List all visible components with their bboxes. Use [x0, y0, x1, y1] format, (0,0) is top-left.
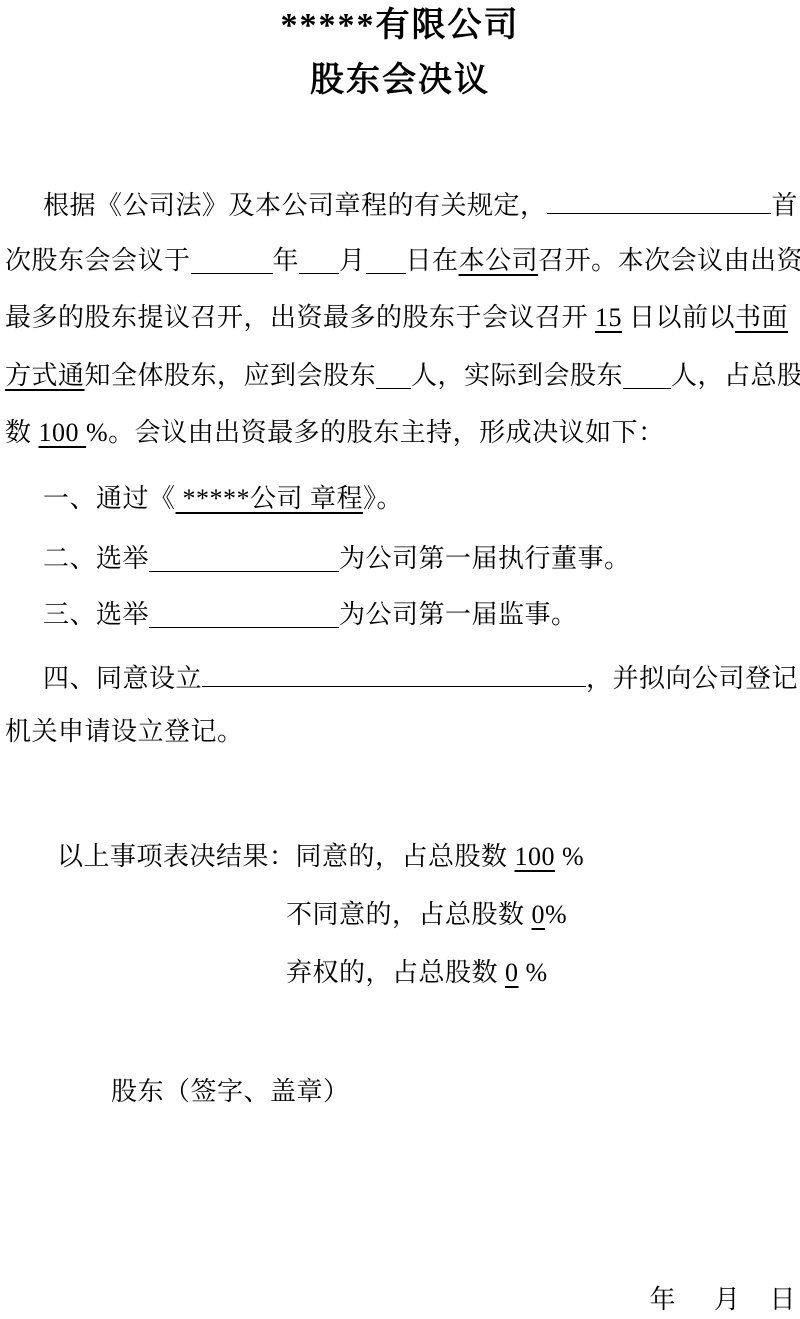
underlined-text: *****公司 章程 — [176, 484, 364, 513]
signature-label: 股东（签字、盖章） — [111, 1077, 350, 1106]
para1-line4: 方式通知全体股东，应到会股东人，实际到会股东人，占总股 — [5, 359, 800, 393]
blank-field — [366, 247, 406, 274]
item2-text2: 为公司第一届执行董事。 — [339, 544, 631, 573]
blank-field — [299, 247, 339, 274]
para1-l5-text2: %。会议由出资最多的股东主持，形成决议如下： — [86, 418, 665, 447]
disagree-text2: % — [545, 900, 567, 929]
voting-result-disagree: 不同意的，占总股数 0% — [286, 898, 567, 932]
para1-l5-text1: 数 — [5, 418, 39, 447]
para1-l3-text2: 日以前以 — [622, 303, 735, 332]
para1-l4-text1: 知全体股东，应到会股东 — [85, 361, 377, 390]
voting-label: 以上事项表决结果： — [57, 842, 296, 871]
resolution-item-4-cont: 机关申请设立登记。 — [5, 715, 244, 749]
para1-l3-text1: 最多的股东提议召开，出资最多的股东于会议召开 — [5, 303, 595, 332]
date-line: 年月日 — [649, 1283, 796, 1317]
blank-field — [191, 247, 273, 274]
para1-l2-text2: 日在 — [406, 246, 459, 275]
para1-line1: 根据《公司法》及本公司章程的有关规定，首 — [43, 187, 798, 223]
date-month: 月 — [714, 1285, 741, 1314]
resolution-item-1: 一、通过《 *****公司 章程》。 — [43, 482, 403, 516]
resolution-item-4: 四、同意设立，并拟向公司登记 — [43, 660, 798, 696]
para1-line2: 次股东会会议于年月日在本公司召开。本次会议由出资 — [5, 244, 800, 278]
blank-field — [376, 362, 411, 389]
blank-field — [149, 601, 339, 628]
item4-text3: 机关申请设立登记。 — [5, 717, 244, 746]
blank-field — [149, 545, 339, 572]
para1-l1-tail: 首 — [771, 189, 798, 223]
underlined-text: 方式通 — [5, 361, 85, 390]
underlined-value: 0 — [532, 900, 546, 929]
blank-field — [623, 362, 671, 389]
company-title: *****有限公司 — [0, 4, 800, 48]
abstain-text1: 弃权的，占总股数 — [286, 958, 505, 987]
abstain-text2: % — [519, 958, 548, 987]
underlined-value: 0 — [505, 958, 519, 987]
voting-result-agree: 以上事项表决结果：同意的，占总股数 100 % — [57, 840, 584, 874]
year-label: 年 — [273, 246, 300, 275]
underlined-text: 本公司 — [459, 246, 539, 275]
item2-text1: 二、选举 — [43, 544, 149, 573]
para1-l2-text3: 召开。本次会议由出资 — [538, 246, 800, 275]
signature-line: 股东（签字、盖章） — [111, 1075, 350, 1109]
para1-l2-text1: 次股东会会议于 — [5, 246, 191, 275]
agree-text1: 同意的，占总股数 — [296, 842, 515, 871]
item4-text1: 四、同意设立 — [43, 662, 202, 696]
item4-text2: ，并拟向公司登记 — [586, 662, 798, 696]
para1-line3: 最多的股东提议召开，出资最多的股东于会议召开 15 日以前以书面 — [5, 301, 788, 335]
item1-text2: 》。 — [363, 484, 403, 513]
month-label: 月 — [339, 246, 366, 275]
underlined-text: 书面 — [735, 303, 788, 332]
item3-text1: 三、选举 — [43, 600, 149, 629]
underlined-text: 15 — [595, 303, 622, 332]
para1-l4-text3: 人，占总股 — [671, 361, 800, 390]
underlined-value: 100 — [515, 842, 556, 871]
blank-field — [202, 660, 586, 687]
document-page: *****有限公司 股东会决议 根据《公司法》及本公司章程的有关规定，首 次股东… — [0, 0, 800, 1319]
date-day: 日 — [769, 1285, 796, 1314]
para1-l4-text2: 人，实际到会股东 — [411, 361, 623, 390]
resolution-item-3: 三、选举为公司第一届监事。 — [43, 598, 578, 632]
doc-title: 股东会决议 — [0, 59, 800, 103]
resolution-item-2: 二、选举为公司第一届执行董事。 — [43, 542, 631, 576]
voting-result-abstain: 弃权的，占总股数 0 % — [286, 956, 548, 990]
blank-field — [547, 187, 772, 214]
date-year: 年 — [649, 1285, 676, 1314]
company-title-text: *****有限公司 — [281, 7, 520, 44]
item1-text1: 一、通过《 — [43, 484, 176, 513]
item3-text2: 为公司第一届监事。 — [339, 600, 578, 629]
para1-line5: 数 100 %。会议由出资最多的股东主持，形成决议如下： — [5, 416, 665, 450]
disagree-text1: 不同意的，占总股数 — [286, 900, 532, 929]
para1-l1-text: 根据《公司法》及本公司章程的有关规定， — [43, 189, 547, 223]
agree-text2: % — [555, 842, 584, 871]
doc-title-text: 股东会决议 — [310, 62, 490, 99]
underlined-text: 100 — [39, 418, 87, 447]
